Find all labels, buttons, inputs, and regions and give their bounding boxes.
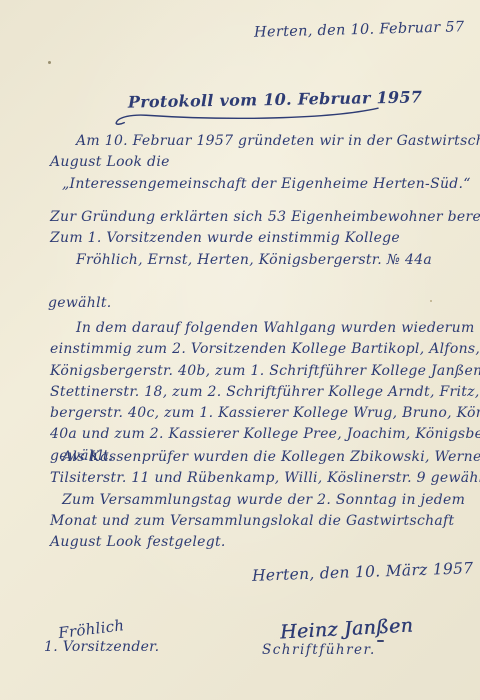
text-line: bergerstr. 40c, zum 1. Kassierer Kollege…	[50, 403, 470, 424]
signature-role: Schriftführer.	[262, 642, 413, 658]
paragraph-election-second: In dem darauf folgenden Wahlgang wurden …	[50, 318, 470, 467]
corner-date: Herten, den 10. Februar 57	[253, 19, 464, 41]
text-line: Monat und zum Versammlungslokal die Gast…	[50, 511, 470, 532]
text-line: Zum Versammlungstag wurde der 2. Sonntag…	[50, 490, 470, 511]
text-line: August Look festgelegt.	[50, 532, 470, 553]
signature-chairman: Fröhlich 1. Vorsitzender.	[44, 618, 159, 655]
paper-speck	[48, 61, 51, 64]
signature-name: Fröhlich	[57, 612, 160, 642]
text-line: 40a und zum 2. Kassierer Kollege Pree, J…	[50, 424, 470, 445]
text-line: Zum 1. Vorsitzenden wurde einstimmig Kol…	[50, 228, 470, 249]
paragraph-election-first: Zur Gründung erklärten sich 53 Eigenheim…	[50, 207, 470, 271]
signature-secretary: Heinz Janßen Schriftführer.	[262, 618, 413, 658]
text-line: Fröhlich, Ernst, Herten, Königsbergerstr…	[50, 250, 470, 271]
closing-date: Herten, den 10. März 1957	[252, 559, 474, 585]
text-line: Stettinerstr. 18, zum 2. Schriftführer K…	[50, 382, 470, 403]
text-line: Am 10. Februar 1957 gründeten wir in der…	[50, 131, 470, 152]
signature-name: Heinz Janßen	[280, 615, 414, 644]
paragraph-founding: Am 10. Februar 1957 gründeten wir in der…	[50, 131, 470, 195]
text-line: einstimmig zum 2. Vorsitzenden Kollege B…	[50, 339, 470, 360]
text-line: Königsbergerstr. 40b, zum 1. Schriftführ…	[50, 361, 470, 382]
text-line: Tilsiterstr. 11 und Rübenkamp, Willi, Kö…	[50, 468, 470, 489]
paper-speck	[430, 300, 432, 302]
text-line: Zur Gründung erklärten sich 53 Eigenheim…	[50, 207, 470, 228]
text-line: In dem darauf folgenden Wahlgang wurden …	[50, 318, 470, 339]
title-block: Protokoll vom 10. Februar 1957	[128, 87, 423, 125]
scanned-protocol-page: Herten, den 10. Februar 57 Protokoll vom…	[0, 0, 480, 700]
ink-speck	[377, 640, 384, 642]
text-line: Als Kassenprüfer wurden die Kollegen Zbi…	[50, 447, 470, 468]
text-line: August Look die	[50, 152, 470, 173]
elected-line: gewählt.	[48, 293, 112, 314]
paragraph-examiners-meeting: Als Kassenprüfer wurden die Kollegen Zbi…	[50, 447, 470, 553]
text-line: „Interessengemeinschaft der Eigenheime H…	[50, 174, 470, 195]
